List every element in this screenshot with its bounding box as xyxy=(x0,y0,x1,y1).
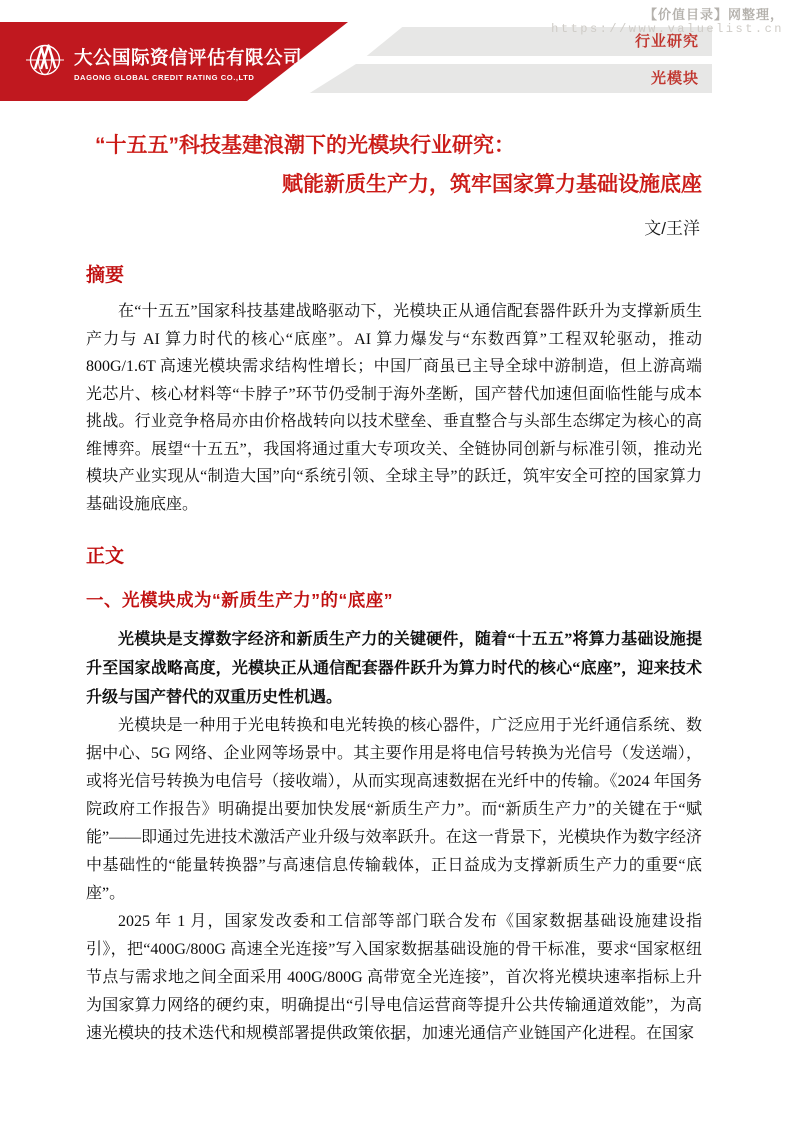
page-number: 1 xyxy=(0,1028,793,1044)
company-name-block: 大公国际资信评估有限公司 DAGONG GLOBAL CREDIT RATING… xyxy=(74,44,294,82)
report-title-line2: 赋能新质生产力，筑牢国家算力基础设施底座 xyxy=(86,170,702,199)
document-page: 【价值目录】网整理， https://www.valuelist.cn 行业研究… xyxy=(0,0,793,1122)
company-banner: 大公国际资信评估有限公司 DAGONG GLOBAL CREDIT RATING… xyxy=(0,22,348,101)
section1-heading: 一、光模块成为“新质生产力”的“底座” xyxy=(86,587,702,612)
abstract-heading: 摘要 xyxy=(86,260,702,287)
company-name-en: DAGONG GLOBAL CREDIT RATING CO.,LTD xyxy=(74,73,294,82)
author-byline: 文/王洋 xyxy=(86,214,702,239)
sector-label: 光模块 xyxy=(651,70,712,87)
article: “十五五”科技基建浪潮下的光模块行业研究： 赋能新质生产力，筑牢国家算力基础设施… xyxy=(86,131,702,1048)
watermark-source: 【价值目录】网整理， xyxy=(551,8,784,23)
watermark-url: https://www.valuelist.cn xyxy=(551,23,784,37)
report-title-line1: “十五五”科技基建浪潮下的光模块行业研究： xyxy=(86,131,702,160)
section1-lead-paragraph: 光模块是支撑数字经济和新质生产力的关键硬件，随着“十五五”将算力基础设施提升至国… xyxy=(86,625,702,712)
abstract-paragraph: 在“十五五”国家科技基建战略驱动下，光模块正从通信配套器件跃升为支撑新质生产力与… xyxy=(86,298,702,518)
dagong-globe-logo-icon xyxy=(24,39,66,81)
section1-paragraph-1: 光模块是一种用于光电转换和电光转换的核心器件，广泛应用于光纤通信系统、数据中心、… xyxy=(86,712,702,908)
main-text-heading: 正文 xyxy=(86,541,702,568)
company-name-zh: 大公国际资信评估有限公司 xyxy=(74,44,294,70)
watermark: 【价值目录】网整理， https://www.valuelist.cn xyxy=(551,8,784,37)
section1-paragraph-2: 2025 年 1 月，国家发改委和工信部等部门联合发布《国家数据基础设施建设指引… xyxy=(86,908,702,1048)
